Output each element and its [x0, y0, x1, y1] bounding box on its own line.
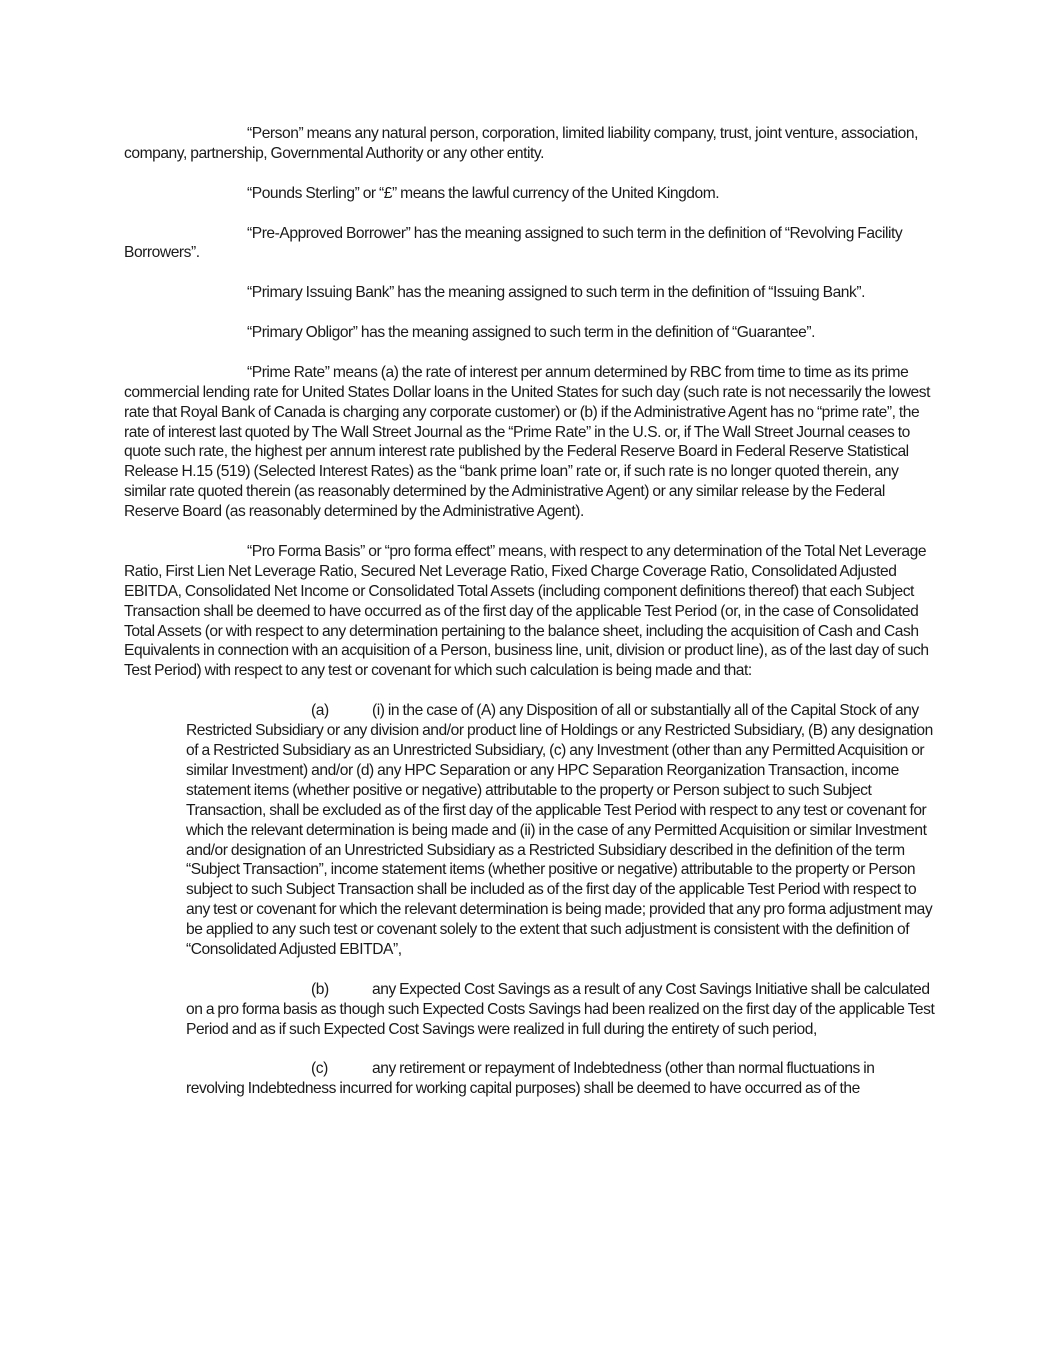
subparagraph-b: (b)any Expected Cost Savings as a result… — [186, 980, 936, 1040]
definition-primary-issuing-bank: “Primary Issuing Bank” has the meaning a… — [124, 283, 936, 303]
subparagraph-label: (a) — [311, 701, 372, 721]
definition-person: “Person” means any natural person, corpo… — [124, 124, 936, 164]
subparagraph-a: (a)(i) in the case of (A) any Dispositio… — [186, 701, 936, 960]
subparagraph-label: (b) — [311, 980, 372, 1000]
definition-pre-approved-borrower: “Pre-Approved Borrower” has the meaning … — [124, 224, 936, 264]
subparagraph-text: any Expected Cost Savings as a result of… — [186, 981, 934, 1038]
definition-primary-obligor: “Primary Obligor” has the meaning assign… — [124, 323, 936, 343]
document-page: “Person” means any natural person, corpo… — [0, 0, 1055, 1365]
definition-pounds-sterling: “Pounds Sterling” or “£” means the lawfu… — [124, 184, 936, 204]
definition-prime-rate: “Prime Rate” means (a) the rate of inter… — [124, 363, 936, 522]
subparagraph-label: (c) — [311, 1059, 372, 1079]
subparagraph-text: any retirement or repayment of Indebtedn… — [186, 1060, 875, 1097]
definition-pro-forma-basis: “Pro Forma Basis” or “pro forma effect” … — [124, 542, 936, 681]
document-body: “Person” means any natural person, corpo… — [124, 124, 936, 1119]
subparagraph-text: (i) in the case of (A) any Disposition o… — [186, 702, 933, 958]
subparagraph-c: (c)any retirement or repayment of Indebt… — [186, 1059, 936, 1099]
